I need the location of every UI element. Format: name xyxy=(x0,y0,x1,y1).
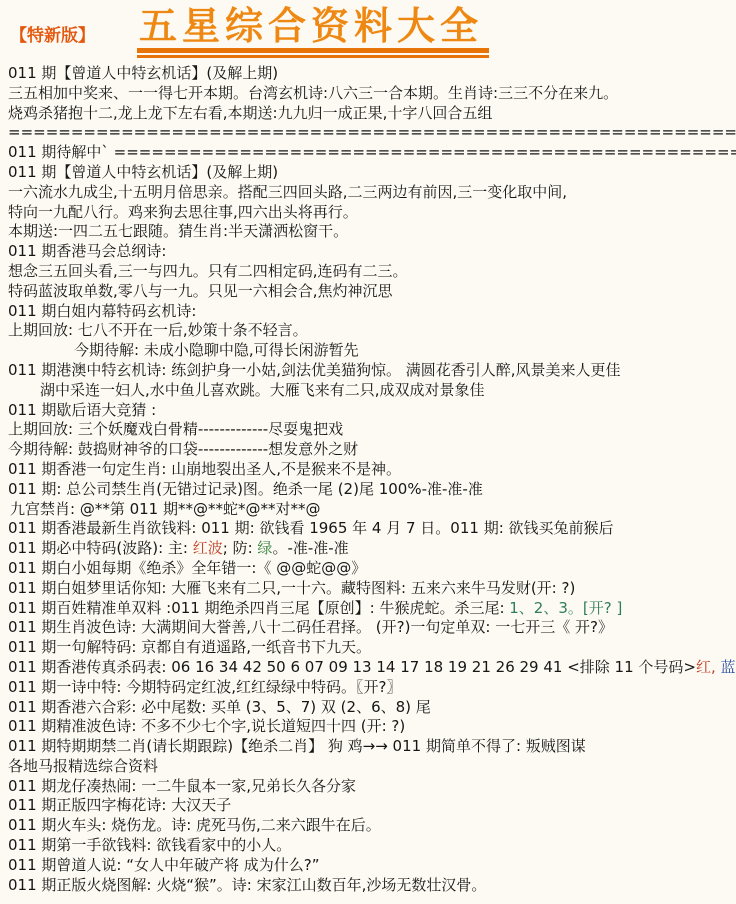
text-segment: 011 期精准波色诗: 不多不少七个字,说长道短四十四 (开: ?) xyxy=(8,717,405,735)
edition-badge: 【特新版】 xyxy=(10,21,95,58)
text-segment: 湖中采连一妇人,水中鱼儿喜欢跳。大雁飞来有二只,成双成对景象佳 xyxy=(40,381,485,399)
page-title[interactable]: 五星综合资料大全 xyxy=(137,7,489,53)
text-line: 特码蓝波取单数,零八与一九。只见一六相会合,焦灼神沉思 xyxy=(8,282,736,302)
text-segment: 011 期待解中` ==============================… xyxy=(8,143,736,161)
text-line: 011 期香港马会总纲诗: xyxy=(8,242,736,262)
text-segment: 011 期香港最新生肖欲钱料: 011 期: 欲钱看 1965 年 4 月 7 … xyxy=(8,519,614,537)
text-line: 011 期正版四字梅花诗: 大汉天子 xyxy=(8,796,736,816)
text-line: 011 期歇后语大竞猜 : xyxy=(8,401,736,421)
text-segment: 今期待解: 未成小隐聊中隐,可得长闲游暂先 xyxy=(74,341,359,359)
text-line: ========================================… xyxy=(8,123,736,143)
text-line: 011 期香港六合彩: 必中尾数: 买单 (3、5、7) 双 (2、6、8) 尾 xyxy=(8,698,736,718)
text-segment: 绿 xyxy=(257,539,272,557)
text-segment: 011 期香港传真杀码表: 06 16 34 42 50 6 07 09 13 … xyxy=(8,658,696,676)
text-segment: 各地马报精选综合资料 xyxy=(8,757,158,775)
text-segment: 011 期火车头: 烧伤龙。诗: 虎死马伤,二来六跟牛在后。 xyxy=(8,816,381,834)
title-underline: 五星综合资料大全 xyxy=(137,7,489,58)
text-line: 011 期一诗中特: 今期特码定红波,红红绿绿中特码。〖开?〗 xyxy=(8,678,736,698)
text-line: 011 期白小姐每期《绝杀》全年错一:《 @@蛇@@》 xyxy=(8,559,736,579)
text-segment: 三五相加中奖来、一一得七开本期。台湾玄机诗:八六三一合本期。生肖诗:三三不分在来… xyxy=(8,84,618,102)
text-line: 今期待解: 未成小隐聊中隐,可得长闲游暂先 xyxy=(8,341,736,361)
text-segment: 011 期【曾道人中特玄机话】(及解上期) xyxy=(8,64,278,82)
text-line: 今期待解: 鼓捣财神爷的口袋-------------想发意外之财 xyxy=(8,440,736,460)
text-line: 011 期: 总公司禁生肖(无错过记录)图。绝杀一尾 (2)尾 100%-准-准… xyxy=(8,480,736,500)
text-line: 三五相加中奖来、一一得七开本期。台湾玄机诗:八六三一合本期。生肖诗:三三不分在来… xyxy=(8,84,736,104)
text-line: 011 期正版火烧图解: 火烧“猴”。诗: 宋家江山数百年,沙场无数壮汉骨。 xyxy=(8,876,736,896)
text-line: 011 期一句解特码: 京都自有逍遥路,一纸音书下九天。 xyxy=(8,638,736,658)
text-segment: 特向一九配八行。鸡来狗去思往事,四六出头将再行。 xyxy=(8,203,358,221)
text-segment: 红波 xyxy=(193,539,223,557)
text-line: 011 期待解中` ==============================… xyxy=(8,143,736,163)
text-line: 上期回放: 七八不开在一后,妙策十条不轻言。 xyxy=(8,321,736,341)
text-line: 九宫禁肖: @**第 011 期**@**蛇*@**对**@ xyxy=(8,500,736,520)
text-line: 011 期百姓精准单双料 :011 期绝杀四肖三尾【原创】: 牛猴虎蛇。杀三尾:… xyxy=(8,599,736,619)
text-line: 011 期港澳中特玄机诗: 练剑护身一小姑,剑法优美猫狗惊。 满圆花香引人醉,风… xyxy=(8,361,736,381)
text-line: 湖中采连一妇人,水中鱼儿喜欢跳。大雁飞来有二只,成双成对景象佳 xyxy=(8,381,736,401)
page-header: 【特新版】 五星综合资料大全 xyxy=(0,0,736,58)
text-segment: 011 期白姐梦里话你知: 大雁飞来有二只,一十六。藏特图料: 五来六来牛马发财… xyxy=(8,579,575,597)
text-segment: ; 防: xyxy=(223,539,258,557)
text-line: 011 期【曾道人中特玄机话】(及解上期) xyxy=(8,163,736,183)
text-segment: 上期回放: 三个妖魔戏白骨精-------------尽耍鬼把戏 xyxy=(8,420,343,438)
text-segment: 011 期白姐内幕特码玄机诗: xyxy=(8,302,196,320)
text-line: 011 期白姐内幕特码玄机诗: xyxy=(8,302,736,322)
text-segment: 011 期生肖波色诗: 大满期间大誉善,八十二码任君择。 (开?)一句定单双: … xyxy=(8,618,613,636)
text-line: 011 期特期期禁二肖(请长期跟踪)【绝杀二肖】 狗 鸡→→ 011 期简单不得… xyxy=(8,737,736,757)
text-line: 想念三五回头看,三一与四九。只有二四相定码,连码有二三。 xyxy=(8,262,736,282)
text-segment: 想念三五回头看,三一与四九。只有二四相定码,连码有二三。 xyxy=(8,262,408,280)
text-segment: 011 期歇后语大竞猜 : xyxy=(8,401,156,419)
text-line: 011 期精准波色诗: 不多不少七个字,说长道短四十四 (开: ?) xyxy=(8,717,736,737)
text-segment: 011 期特期期禁二肖(请长期跟踪)【绝杀二肖】 狗 鸡→→ 011 期简单不得… xyxy=(8,737,586,755)
text-segment: 011 期曾道人说: “女人中年破产将 成为什么?” xyxy=(8,856,320,874)
text-segment: 1、2、3。[开? ] xyxy=(509,599,622,617)
text-line: 特向一九配八行。鸡来狗去思往事,四六出头将再行。 xyxy=(8,203,736,223)
content-lines: 011 期【曾道人中特玄机话】(及解上期)三五相加中奖来、一一得七开本期。台湾玄… xyxy=(0,58,736,895)
text-segment: 011 期一句解特码: 京都自有逍遥路,一纸音书下九天。 xyxy=(8,638,371,656)
text-segment: 一六流水九成尘,十五明月倍思亲。搭配三四回头路,二三两边有前因,三一变化取中间, xyxy=(8,183,567,201)
text-line: 011 期香港传真杀码表: 06 16 34 42 50 6 07 09 13 … xyxy=(8,658,736,678)
text-segment: 011 期百姓精准单双料 :011 期绝杀四肖三尾【原创】: 牛猴虎蛇。杀三尾: xyxy=(8,599,509,617)
text-segment: 011 期香港马会总纲诗: xyxy=(8,242,166,260)
text-segment: 011 期香港六合彩: 必中尾数: 买单 (3、5、7) 双 (2、6、8) 尾 xyxy=(8,698,431,716)
text-segment: 011 期正版火烧图解: 火烧“猴”。诗: 宋家江山数百年,沙场无数壮汉骨。 xyxy=(8,876,486,894)
text-line: 011 期白姐梦里话你知: 大雁飞来有二只,一十六。藏特图料: 五来六来牛马发财… xyxy=(8,579,736,599)
text-segment: 011 期第一手欲钱料: 欲钱看家中的小人。 xyxy=(8,836,291,854)
text-segment: 011 期龙仔凑热闹: 一二牛鼠本一家,兄弟长久各分家 xyxy=(8,777,356,795)
text-segment: 本期送:一四二五七跟随。猜生肖:半天潇洒松窗干。 xyxy=(8,222,348,240)
text-segment: 011 期必中特码(波路): 主: xyxy=(8,539,193,557)
text-segment: 蓝 xyxy=(716,658,736,676)
text-line: 一六流水九成尘,十五明月倍思亲。搭配三四回头路,二三两边有前因,三一变化取中间, xyxy=(8,183,736,203)
text-line: 011 期第一手欲钱料: 欲钱看家中的小人。 xyxy=(8,836,736,856)
text-line: 011 期香港一句定生肖: 山崩地裂出圣人,不是猴来不是神。 xyxy=(8,460,736,480)
text-line: 上期回放: 三个妖魔戏白骨精-------------尽耍鬼把戏 xyxy=(8,420,736,440)
text-line: 011 期生肖波色诗: 大满期间大誉善,八十二码任君择。 (开?)一句定单双: … xyxy=(8,618,736,638)
text-line: 011 期香港最新生肖欲钱料: 011 期: 欲钱看 1965 年 4 月 7 … xyxy=(8,519,736,539)
text-segment: 红, xyxy=(696,658,716,676)
text-segment: 011 期一诗中特: 今期特码定红波,红红绿绿中特码。〖开?〗 xyxy=(8,678,401,696)
text-line: 各地马报精选综合资料 xyxy=(8,757,736,777)
text-segment: 今期待解: 鼓捣财神爷的口袋-------------想发意外之财 xyxy=(8,440,358,458)
text-segment: 011 期: 总公司禁生肖(无错过记录)图。绝杀一尾 (2)尾 100%-准-准… xyxy=(8,480,483,498)
text-segment: 011 期港澳中特玄机诗: 练剑护身一小姑,剑法优美猫狗惊。 满圆花香引人醉,风… xyxy=(8,361,621,379)
text-segment: ========================================… xyxy=(8,123,736,141)
text-line: 烧鸡杀猪抱十二,龙上龙下左右看,本期送:九九归一成正果,十字八回合五组 xyxy=(8,104,736,124)
text-line: 011 期龙仔凑热闹: 一二牛鼠本一家,兄弟长久各分家 xyxy=(8,777,736,797)
text-segment: 特码蓝波取单数,零八与一九。只见一六相会合,焦灼神沉思 xyxy=(8,282,393,300)
text-line: 011 期必中特码(波路): 主: 红波; 防: 绿。-准-准-准 xyxy=(8,539,736,559)
text-line: 本期送:一四二五七跟随。猜生肖:半天潇洒松窗干。 xyxy=(8,222,736,242)
text-segment: 。-准-准-准 xyxy=(272,539,348,557)
text-segment: 九宫禁肖: @**第 011 期**@**蛇*@**对**@ xyxy=(10,500,321,518)
text-segment: 烧鸡杀猪抱十二,龙上龙下左右看,本期送:九九归一成正果,十字八回合五组 xyxy=(8,104,492,122)
text-segment: 011 期正版四字梅花诗: 大汉天子 xyxy=(8,796,231,814)
text-line: 011 期曾道人说: “女人中年破产将 成为什么?” xyxy=(8,856,736,876)
text-segment: 011 期香港一句定生肖: 山崩地裂出圣人,不是猴来不是神。 xyxy=(8,460,401,478)
text-segment: 上期回放: 七八不开在一后,妙策十条不轻言。 xyxy=(8,321,308,339)
text-segment: 011 期【曾道人中特玄机话】(及解上期) xyxy=(8,163,278,181)
text-line: 011 期火车头: 烧伤龙。诗: 虎死马伤,二来六跟牛在后。 xyxy=(8,816,736,836)
text-segment: 011 期白小姐每期《绝杀》全年错一:《 @@蛇@@》 xyxy=(8,559,366,577)
text-line: 011 期【曾道人中特玄机话】(及解上期) xyxy=(8,64,736,84)
